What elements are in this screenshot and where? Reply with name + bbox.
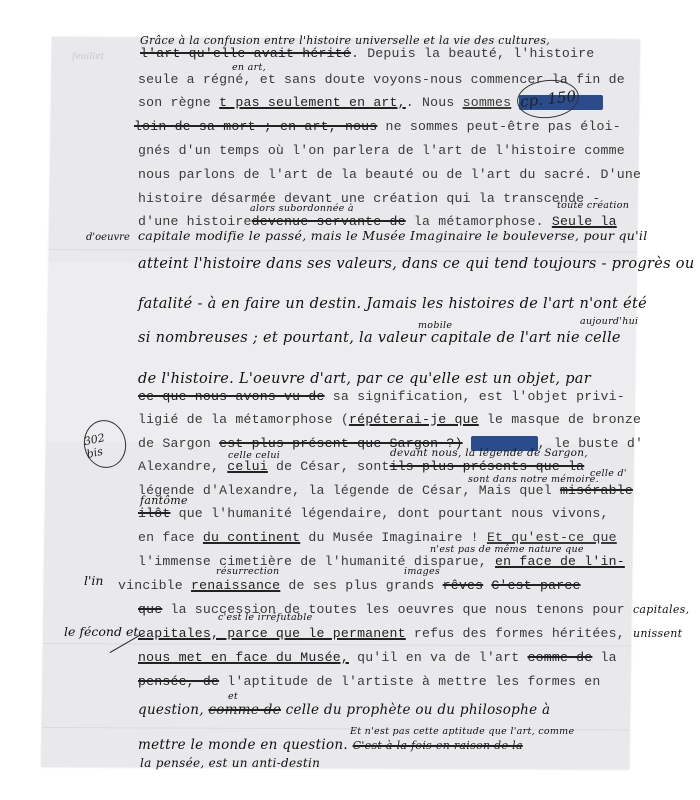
struck-text: misérable bbox=[560, 483, 633, 498]
handwritten-line: la pensée, est un anti-destin bbox=[140, 756, 320, 770]
typed-text: . Depuis la beauté, l'histoire bbox=[351, 46, 594, 61]
struck-text: ilôt bbox=[138, 506, 170, 521]
handwritten-insert: alors subordonnée à bbox=[250, 203, 354, 214]
handwritten-insert: capitales, bbox=[633, 603, 689, 616]
typed-line: nous parlons de l'art de la beauté ou de… bbox=[138, 167, 641, 182]
struck-text: capitales, parce que le permanent bbox=[138, 626, 406, 641]
typed-text: d'une histoire bbox=[138, 214, 252, 229]
paper-fold-line bbox=[49, 249, 637, 253]
handwritten-insert: c'est le irréfutable bbox=[218, 612, 313, 623]
typed-text: du Musée Imaginaire ! bbox=[300, 530, 479, 545]
margin-note: le fécond et bbox=[64, 624, 138, 639]
typed-text: en face bbox=[138, 530, 195, 545]
struck-text: du continent bbox=[203, 530, 300, 545]
typed-text: qu'il en va de l'art bbox=[349, 650, 519, 665]
typed-text: sa signification, est l'objet privi- bbox=[325, 389, 625, 404]
typed-line: en face du continent du Musée Imaginaire… bbox=[138, 530, 617, 545]
handwritten-line: atteint l'histoire dans ses valeurs, dan… bbox=[138, 256, 694, 272]
typed-text: refus des formes héritées, bbox=[406, 626, 625, 641]
handwritten-text: celle du prophète ou du philosophe à bbox=[281, 702, 550, 718]
typed-text: vincible bbox=[118, 578, 183, 593]
struck-text: ils plus présents que la bbox=[390, 459, 585, 474]
typed-line: gnés d'un temps où l'on parlera de l'art… bbox=[138, 143, 625, 158]
struck-text: loin de sa mort ; en art, nous bbox=[134, 119, 377, 134]
handwritten-line: fatalité - à en faire un destin. Jamais … bbox=[138, 296, 647, 312]
struck-text: devenue servante de bbox=[252, 214, 406, 229]
typed-text: de César, sont bbox=[268, 459, 390, 474]
typed-text: . Nous bbox=[406, 95, 455, 110]
typed-text: de ses plus grands bbox=[280, 578, 434, 593]
struck-text: celui bbox=[227, 459, 268, 474]
struck-text: l'art qu'elle avait hérité bbox=[140, 46, 351, 61]
handwritten-line: si nombreuses ; et pourtant, la valeur c… bbox=[138, 330, 621, 346]
paper-fold-line bbox=[43, 643, 631, 647]
typed-line: vincible renaissance de ses plus grands … bbox=[118, 578, 581, 593]
typed-line: l'immense cimetière de l'humanité dispar… bbox=[138, 554, 625, 569]
typed-text: la métamorphose. bbox=[406, 214, 544, 229]
typed-line: loin de sa mort ; en art, nous ne sommes… bbox=[134, 119, 621, 134]
struck-text: comme de bbox=[208, 702, 281, 718]
struck-text: en face de l'in- bbox=[495, 554, 625, 569]
struck-text: rêves bbox=[443, 578, 484, 593]
typed-line: ce que nous avons vu de sa signification… bbox=[138, 389, 625, 404]
struck-text: comme de bbox=[527, 650, 592, 665]
handwritten-line: de l'histoire. L'oeuvre d'art, par ce qu… bbox=[138, 371, 591, 387]
handwritten-insert: Et n'est pas cette aptitude que l'art, c… bbox=[350, 726, 574, 737]
typed-text: l'aptitude de l'artiste à mettre les for… bbox=[219, 674, 600, 689]
handwritten-line: mettre le monde en question. C'est à la … bbox=[138, 737, 523, 753]
typed-line: d'une histoiredevenue servante de la mét… bbox=[138, 214, 617, 229]
handwritten-insert: résurrection bbox=[216, 566, 279, 577]
margin-note: d'oeuvre bbox=[86, 232, 130, 243]
struck-text: ce que nous avons vu de bbox=[138, 389, 325, 404]
handwritten-insert: toute création bbox=[557, 200, 629, 211]
faint-pencil-note: feuillet bbox=[72, 52, 104, 62]
typed-line: pensée, de l'aptitude de l'artiste à met… bbox=[138, 674, 601, 689]
typed-line: ligié de la métamorphose (répéterai-je q… bbox=[138, 412, 641, 427]
typed-line: ilôt que l'humanité légendaire, dont pou… bbox=[138, 506, 609, 521]
underlined-text: Et qu'est-ce que bbox=[487, 530, 617, 545]
struck-text: Seule la bbox=[552, 214, 617, 229]
typed-text: la bbox=[592, 650, 616, 665]
typed-line: histoire désarmée devant une création qu… bbox=[138, 191, 601, 206]
typed-text: ne sommes peut-être pas éloi- bbox=[377, 119, 620, 134]
struck-text: que bbox=[138, 602, 162, 617]
struck-text: pensée, de bbox=[138, 674, 219, 689]
typed-line: légende d'Alexandre, la légende de César… bbox=[138, 483, 633, 498]
underlined-text: sommes bbox=[463, 95, 512, 110]
typed-text: que l'humanité légendaire, dont pourtant… bbox=[170, 506, 608, 521]
struck-text: C'est à la fois en raison de la bbox=[353, 739, 523, 752]
handwritten-insert: unissent bbox=[633, 627, 682, 640]
struck-text: t pas seulement en art, bbox=[219, 95, 406, 110]
struck-text: nous met en face du Musée, bbox=[138, 650, 349, 665]
typed-text: Mais quel bbox=[471, 483, 552, 498]
handwritten-text: question, bbox=[138, 702, 204, 718]
handwritten-line: question, comme de celle du prophète ou … bbox=[138, 702, 550, 718]
typed-text: le masque de bronze bbox=[479, 412, 641, 427]
handwritten-text: mettre le monde en question. bbox=[138, 737, 348, 753]
typed-line: capitales, parce que le permanent refus … bbox=[138, 626, 682, 641]
handwritten-insert: et bbox=[228, 691, 238, 702]
typed-line: l'art qu'elle avait hérité. Depuis la be… bbox=[140, 46, 594, 61]
typed-text: de Sargon bbox=[138, 436, 211, 451]
handwritten-line: capitale modifie le passé, mais le Musée… bbox=[138, 228, 648, 243]
typed-text: son règne bbox=[138, 95, 211, 110]
handwritten-insert: images bbox=[404, 566, 440, 577]
handwritten-insert: devant nous, la légende de Sargon, bbox=[390, 447, 588, 459]
struck-text: C'est parce bbox=[491, 578, 580, 593]
handwritten-insert: aujourd'hui bbox=[580, 316, 638, 327]
struck-text: renaissance bbox=[191, 578, 280, 593]
struck-text: répéterai-je que bbox=[349, 412, 479, 427]
typed-line: nous met en face du Musée, qu'il en va d… bbox=[138, 650, 617, 665]
typed-line: Alexandre, celui de César, sontils plus … bbox=[138, 459, 584, 474]
typed-text: Alexandre, bbox=[138, 459, 219, 474]
margin-note: l'in bbox=[84, 573, 103, 588]
typed-text: ligié de la métamorphose ( bbox=[138, 412, 349, 427]
